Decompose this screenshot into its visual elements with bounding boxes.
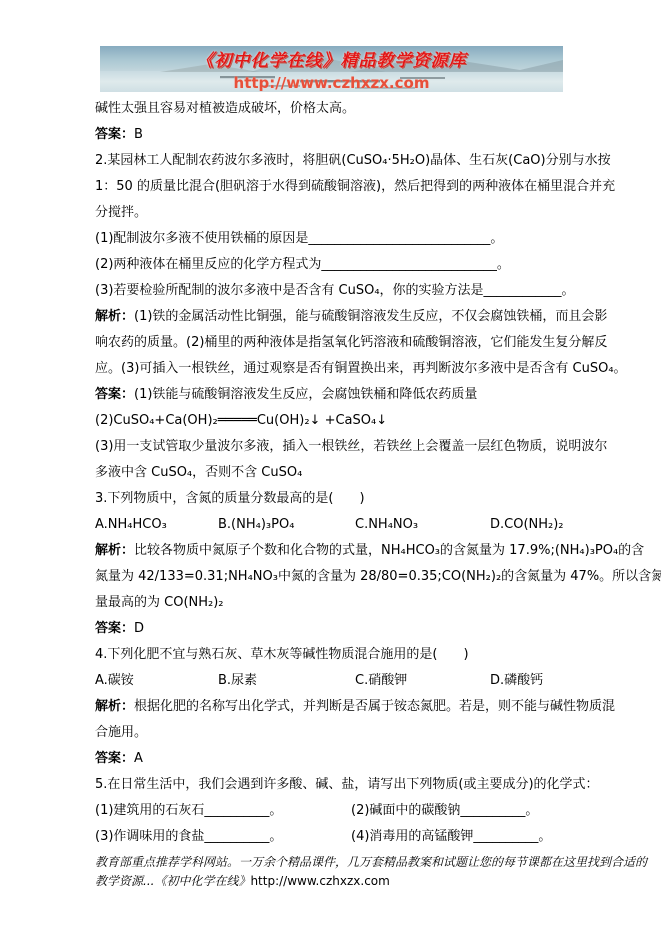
text-segment: (3)用一支试管取少量波尔多液，插入一根铁丝，若铁丝上会覆盖一层红色物质，说明波… [95, 439, 607, 454]
option-item: D.磷酸钙 [490, 668, 570, 694]
label-bold: 解析： [95, 309, 134, 324]
text-line: A.NH₄HCO₃B.(NH₄)₃PO₄C.NH₄NO₃D.CO(NH₂)₂ [95, 512, 570, 538]
text-segment: 应。(3)可插入一根铁丝，通过观察是否有铜置换出来，再判断波尔多液中是否含有 C… [95, 361, 627, 376]
text-segment: (2)CuSO₄+Ca(OH)₂═════Cu(OH)₂↓ +CaSO₄↓ [95, 413, 387, 428]
text-line: 氮量为 42/133=0.31;NH₄NO₃中氮的含量为 28/80=0.35;… [95, 564, 570, 590]
label-bold: 答案： [95, 387, 134, 402]
banner-title: 《初中化学在线》精品教学资源库 [100, 46, 563, 71]
text-line: (3)作调味用的食盐__________。(4)消毒用的高锰酸钾________… [95, 824, 570, 850]
text-segment: (3)若要检验所配制的波尔多液中是否含有 CuSO₄，你的实验方法是______… [95, 283, 575, 298]
text-line: 解析：根据化肥的名称写出化学式，并判断是否属于铵态氮肥。若是，则不能与碱性物质混 [95, 694, 570, 720]
text-line: 合施用。 [95, 720, 570, 746]
text-line: 多液中含 CuSO₄，否则不含 CuSO₄ [95, 460, 570, 486]
text-segment: 响农药的质量。(2)桶里的两种液体是指氢氧化钙溶液和硫酸铜溶液，它们能发生复分解… [95, 335, 607, 350]
label-bold: 答案： [95, 751, 134, 766]
text-segment: (1)配制波尔多液不使用铁桶的原因是______________________… [95, 231, 503, 246]
option-item: C.硝酸钾 [355, 668, 490, 694]
option-item: B.尿素 [218, 668, 355, 694]
fill-in-blank-item: (3)作调味用的食盐__________。 [95, 824, 351, 850]
text-line: 答案：B [95, 122, 570, 148]
text-line: 2.某园林工人配制农药波尔多液时，将胆矾(CuSO₄·5H₂O)晶体、生石灰(C… [95, 148, 570, 174]
text-line: 答案：(1)铁能与硫酸铜溶液发生反应，会腐蚀铁桶和降低农药质量 [95, 382, 570, 408]
text-segment: (2)两种液体在桶里反应的化学方程式为_____________________… [95, 257, 510, 272]
text-line: 答案：A [95, 746, 570, 772]
text-line: (2)两种液体在桶里反应的化学方程式为_____________________… [95, 252, 570, 278]
text-segment: (1)铁的金属活动性比铜强，能与硫酸铜溶液发生反应，不仅会腐蚀铁桶，而且会影 [134, 309, 607, 324]
label-bold: 解析： [95, 543, 134, 558]
document-page: 《初中化学在线》精品教学资源库 http://www.czhxzx.com 碱性… [0, 0, 661, 935]
text-line: 1：50 的质量比混合(胆矾溶于水得到硫酸铜溶液)，然后把得到的两种液体在桶里混… [95, 174, 570, 200]
site-banner: 《初中化学在线》精品教学资源库 http://www.czhxzx.com [100, 46, 563, 92]
label-bold: 解析： [95, 699, 134, 714]
text-segment: 量最高的为 CO(NH₂)₂ [95, 595, 224, 610]
option-item: A.NH₄HCO₃ [95, 512, 218, 538]
text-line: (3)用一支试管取少量波尔多液，插入一根铁丝，若铁丝上会覆盖一层红色物质，说明波… [95, 434, 570, 460]
option-item: A.碳铵 [95, 668, 218, 694]
text-segment: D [134, 621, 144, 636]
text-segment: 合施用。 [95, 725, 147, 740]
text-line: 分搅拌。 [95, 200, 570, 226]
text-segment: B [134, 127, 143, 142]
text-segment: 4.下列化肥不宜与熟石灰、草木灰等碱性物质混合施用的是( ) [95, 647, 469, 662]
fill-in-blank-item: (1)建筑用的石灰石__________。 [95, 798, 351, 824]
text-line: 应。(3)可插入一根铁丝，通过观察是否有铜置换出来，再判断波尔多液中是否含有 C… [95, 356, 570, 382]
text-line: 碱性太强且容易对植被造成破坏，价格太高。 [95, 96, 570, 122]
text-segment: A [134, 751, 143, 766]
text-segment: 5.在日常生活中，我们会遇到许多酸、碱、盐，请写出下列物质(或主要成分)的化学式… [95, 777, 599, 792]
text-line: (1)建筑用的石灰石__________。(2)碱面中的碳酸钠_________… [95, 798, 570, 824]
text-line: (2)CuSO₄+Ca(OH)₂═════Cu(OH)₂↓ +CaSO₄↓ [95, 408, 570, 434]
option-item: B.(NH₄)₃PO₄ [218, 512, 355, 538]
text-segment: (1)铁能与硫酸铜溶液发生反应，会腐蚀铁桶和降低农药质量 [134, 387, 477, 402]
text-line: 4.下列化肥不宜与熟石灰、草木灰等碱性物质混合施用的是( ) [95, 642, 570, 668]
text-line: A.碳铵B.尿素C.硝酸钾D.磷酸钙 [95, 668, 570, 694]
text-segment: 碱性太强且容易对植被造成破坏，价格太高。 [95, 101, 355, 116]
label-bold: 答案： [95, 127, 134, 142]
text-segment: 氮量为 42/133=0.31;NH₄NO₃中氮的含量为 28/80=0.35;… [95, 569, 661, 584]
footer-url: http://www.czhxzx.com [250, 874, 389, 888]
document-body: 碱性太强且容易对植被造成破坏，价格太高。答案：B2.某园林工人配制农药波尔多液时… [95, 96, 570, 850]
text-line: 解析：比较各物质中氮原子个数和化合物的式量，NH₄HCO₃的含氮量为 17.9%… [95, 538, 570, 564]
text-line: (1)配制波尔多液不使用铁桶的原因是______________________… [95, 226, 570, 252]
footer-note: 教育部重点推荐学科网站。一万余个精品课件，几万套精品教案和试题让您的每节课都在这… [95, 853, 575, 891]
footer-line-2: 教学资源...《初中化学在线》http://www.czhxzx.com [95, 872, 575, 891]
banner-url: http://www.czhxzx.com [100, 74, 563, 92]
text-segment: 比较各物质中氮原子个数和化合物的式量，NH₄HCO₃的含氮量为 17.9%;(N… [134, 543, 644, 558]
text-line: 量最高的为 CO(NH₂)₂ [95, 590, 570, 616]
text-segment: 分搅拌。 [95, 205, 147, 220]
text-line: 解析：(1)铁的金属活动性比铜强，能与硫酸铜溶液发生反应，不仅会腐蚀铁桶，而且会… [95, 304, 570, 330]
fill-in-blank-item: (4)消毒用的高锰酸钾__________。 [351, 824, 570, 850]
text-segment: 多液中含 CuSO₄，否则不含 CuSO₄ [95, 465, 302, 480]
text-line: 5.在日常生活中，我们会遇到许多酸、碱、盐，请写出下列物质(或主要成分)的化学式… [95, 772, 570, 798]
option-item: C.NH₄NO₃ [355, 512, 490, 538]
text-line: 3.下列物质中，含氮的质量分数最高的是( ) [95, 486, 570, 512]
text-line: 响农药的质量。(2)桶里的两种液体是指氢氧化钙溶液和硫酸铜溶液，它们能发生复分解… [95, 330, 570, 356]
text-segment: 1：50 的质量比混合(胆矾溶于水得到硫酸铜溶液)，然后把得到的两种液体在桶里混… [95, 179, 615, 194]
option-item: D.CO(NH₂)₂ [490, 512, 570, 538]
text-segment: 2.某园林工人配制农药波尔多液时，将胆矾(CuSO₄·5H₂O)晶体、生石灰(C… [95, 153, 611, 168]
label-bold: 答案： [95, 621, 134, 636]
text-line: 答案：D [95, 616, 570, 642]
fill-in-blank-item: (2)碱面中的碳酸钠__________。 [351, 798, 570, 824]
footer-line-1: 教育部重点推荐学科网站。一万余个精品课件，几万套精品教案和试题让您的每节课都在这… [95, 853, 575, 872]
text-line: (3)若要检验所配制的波尔多液中是否含有 CuSO₄，你的实验方法是______… [95, 278, 570, 304]
text-segment: 根据化肥的名称写出化学式，并判断是否属于铵态氮肥。若是，则不能与碱性物质混 [134, 699, 615, 714]
footer-line-2-text: 教学资源...《初中化学在线》 [95, 874, 250, 888]
text-segment: 3.下列物质中，含氮的质量分数最高的是( ) [95, 491, 365, 506]
